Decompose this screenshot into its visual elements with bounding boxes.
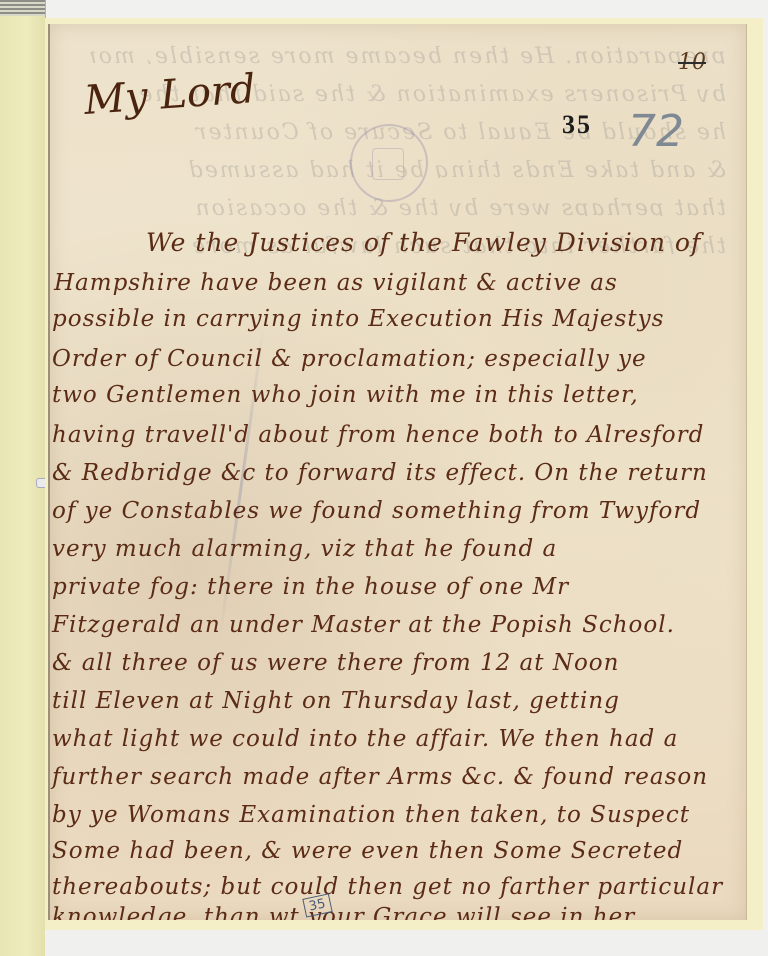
- library-stamp-icon: [350, 124, 428, 202]
- text-line: till Eleven at Night on Thursday last, g…: [52, 688, 620, 714]
- text-line: having travell'd about from hence both t…: [52, 422, 704, 448]
- folio-number-printed: 35: [562, 110, 592, 140]
- binding-edge: [0, 0, 45, 16]
- show-through-line: that perhaps were by the & the occasion: [90, 196, 726, 216]
- show-through-line: preparation. He then became more sensibl…: [90, 44, 726, 64]
- text-line: We the Justices of the Fawley Division o…: [146, 228, 701, 257]
- text-line: very much alarming, viz that he found a: [52, 536, 557, 562]
- text-line: Hampshire have been as vigilant & active…: [54, 270, 618, 296]
- text-line: of ye Constables we found something from…: [52, 498, 701, 524]
- folio-number-pencil: 72: [628, 106, 684, 157]
- text-line: Fitzgerald an under Master at the Popish…: [52, 612, 675, 638]
- text-line: Order of Council & proclamation; especia…: [52, 346, 647, 372]
- text-line: Some had been, & were even then Some Sec…: [52, 838, 683, 864]
- text-line: knowledge, than wt your Grace will see i…: [52, 904, 635, 920]
- page-bottom-margin: [45, 930, 768, 956]
- text-line: possible in carrying into Execution His …: [52, 306, 664, 332]
- text-line: what light we could into the affair. We …: [52, 726, 678, 752]
- text-line: further search made after Arms &c. & fou…: [52, 764, 708, 790]
- text-line: & Redbridge &c to forward its effect. On…: [52, 460, 708, 486]
- salutation: My Lord: [83, 66, 257, 124]
- text-line: by ye Womans Examination then taken, to …: [52, 802, 690, 828]
- text-line: private fog: there in the house of one M…: [52, 574, 569, 600]
- text-line: two Gentlemen who join with me in this l…: [52, 382, 639, 408]
- text-line: thereabouts; but could then get no farth…: [52, 874, 723, 900]
- folio-number-struck: 10: [678, 50, 706, 75]
- stamp-crest-icon: [372, 148, 404, 180]
- text-line: & all three of us were there from 12 at …: [52, 650, 619, 676]
- manuscript-page: preparation. He then became more sensibl…: [48, 24, 747, 920]
